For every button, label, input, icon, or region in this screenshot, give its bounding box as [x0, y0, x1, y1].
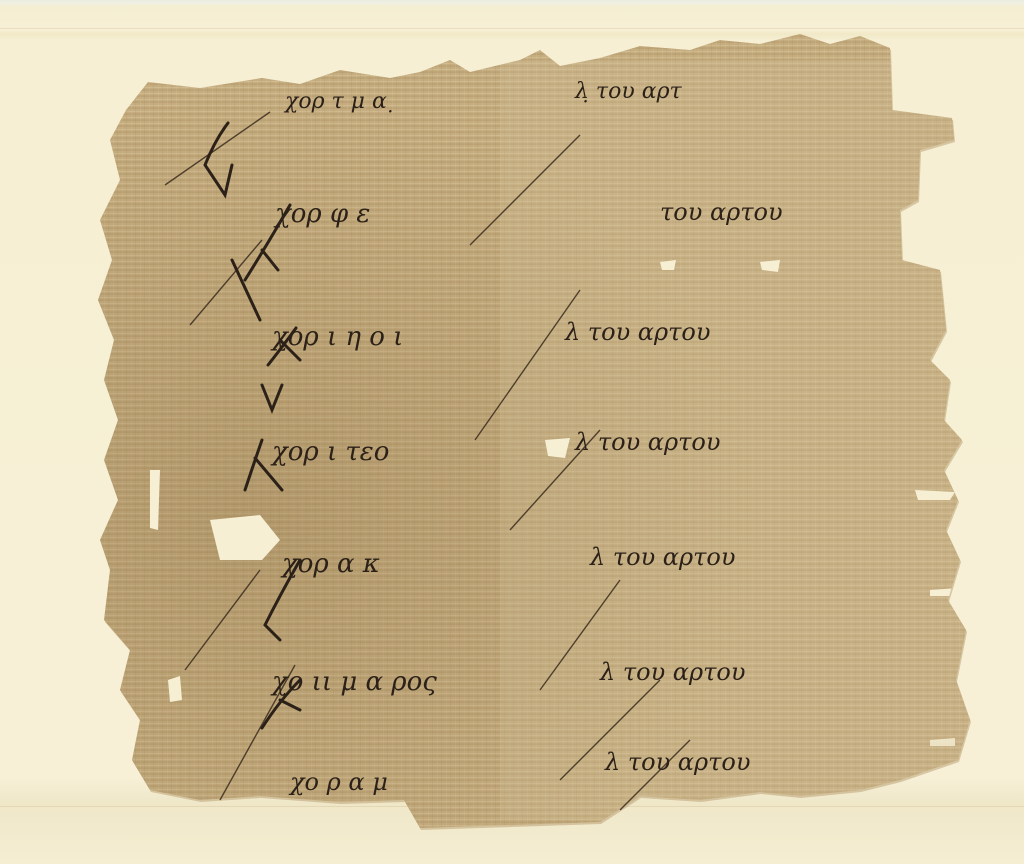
line-2-left: χορ φ ε [273, 199, 370, 229]
line-1-left: χορ τ μ α ̣ [283, 89, 394, 114]
line-3-left: χορ ι η ο ι [270, 322, 403, 352]
line-4-left: χορ ι τεο [270, 437, 389, 467]
line-4-right: λ του αρτου [574, 428, 720, 456]
line-7-left: χο ρ α μ [288, 768, 388, 796]
line-5-right: λ του αρτου [589, 543, 735, 571]
line-6-left: χο ιι μ α ρος [270, 667, 437, 697]
line-6-right: λ του αρτου [599, 658, 745, 686]
line-5-left: χορ α κ [280, 549, 380, 579]
line-3-right: λ του αρτου [564, 318, 710, 346]
line-2-right: του αρτου [660, 198, 783, 226]
line-1-right: λ̣ του αρτ [574, 79, 683, 104]
papyrus-fragment: χορ τ μ α ̣ λ̣ του αρτ χορ φ ε του αρτου… [0, 0, 1024, 864]
line-7-right: λ του αρτου [604, 748, 750, 776]
